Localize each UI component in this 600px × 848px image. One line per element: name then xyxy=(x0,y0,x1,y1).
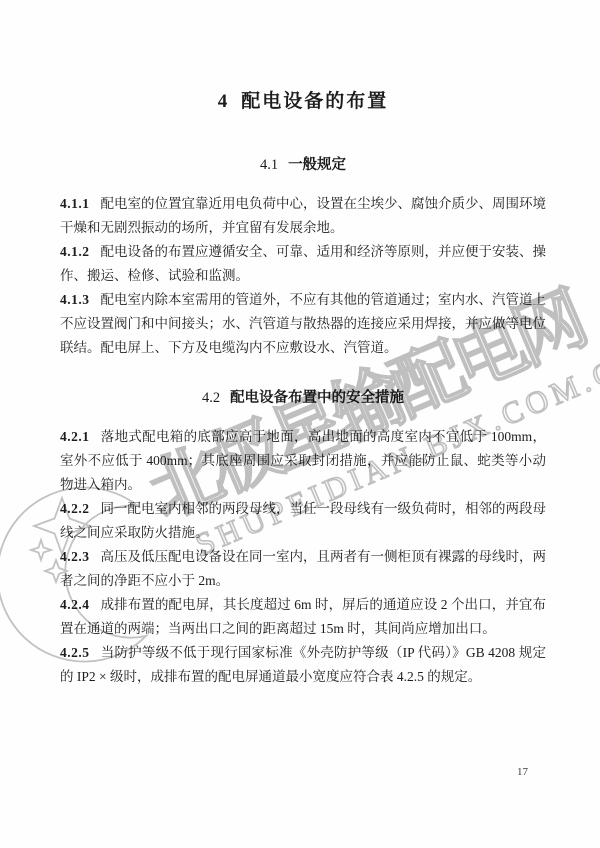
page-number: 17 xyxy=(517,766,528,778)
document-page: 北极星输配电网 SHUPEIDIAN.BJX.COM.CN 4配电设备的布置 4… xyxy=(0,0,600,848)
paragraph-number: 4.2.3 xyxy=(60,549,90,564)
paragraph-4.2.5: 4.2.5当防护等级不低于现行国家标准《外壳防护等级（IP 代码）》GB 420… xyxy=(60,641,546,689)
paragraph-text: 配电室的位置宜靠近用电负荷中心，设置在尘埃少、腐蚀介质少、周围环境干燥和无剧烈振… xyxy=(60,196,546,235)
section-4.2: 4.2配电设备布置中的安全措施4.2.1落地式配电箱的底部应高于地面，高出地面的… xyxy=(60,386,546,689)
paragraph-number: 4.2.1 xyxy=(60,429,90,444)
chapter-number: 4 xyxy=(218,91,228,112)
paragraph-4.2.2: 4.2.2同一配电室内相邻的两段母线，当任一段母线有一级负荷时，相邻的两段母线之… xyxy=(60,497,546,545)
section-heading-number: 4.2 xyxy=(202,390,220,406)
section-4.1: 4.1一般规定4.1.1配电室的位置宜靠近用电负荷中心，设置在尘埃少、腐蚀介质少… xyxy=(60,153,546,360)
section-heading: 4.2配电设备布置中的安全措施 xyxy=(60,386,546,407)
paragraph-text: 配电室内除本室需用的管道外，不应有其他的管道通过；室内水、汽管道上不应设置阀门和… xyxy=(60,292,546,355)
section-heading-number: 4.1 xyxy=(260,157,278,173)
paragraph-text: 落地式配电箱的底部应高于地面，高出地面的高度室内不宜低于 100mm，室外不应低… xyxy=(60,429,546,492)
paragraph-number: 4.2.5 xyxy=(60,645,90,660)
section-heading: 4.1一般规定 xyxy=(60,153,546,174)
section-heading-text: 一般规定 xyxy=(288,157,346,173)
paragraph-number: 4.2.2 xyxy=(60,501,90,516)
sections-container: 4.1一般规定4.1.1配电室的位置宜靠近用电负荷中心，设置在尘埃少、腐蚀介质少… xyxy=(60,153,546,689)
paragraph-text: 高压及低压配电设备设在同一室内，且两者有一侧柜顶有裸露的母线时，两者之间的净距不… xyxy=(60,549,546,588)
paragraph-4.1.1: 4.1.1配电室的位置宜靠近用电负荷中心，设置在尘埃少、腐蚀介质少、周围环境干燥… xyxy=(60,192,546,240)
paragraph-text: 成排布置的配电屏，其长度超过 6m 时，屏后的通道应设 2 个出口，并宜布置在通… xyxy=(60,597,546,636)
document-body: 4配电设备的布置 4.1一般规定4.1.1配电室的位置宜靠近用电负荷中心，设置在… xyxy=(60,86,546,689)
paragraph-number: 4.2.4 xyxy=(60,597,90,612)
paragraph-4.1.2: 4.1.2配电设备的布置应遵循安全、可靠、适用和经济等原则，并应便于安装、操作、… xyxy=(60,240,546,288)
paragraph-number: 4.1.2 xyxy=(60,244,90,259)
paragraph-4.2.3: 4.2.3高压及低压配电设备设在同一室内，且两者有一侧柜顶有裸露的母线时，两者之… xyxy=(60,545,546,593)
paragraph-4.2.1: 4.2.1落地式配电箱的底部应高于地面，高出地面的高度室内不宜低于 100mm，… xyxy=(60,425,546,497)
paragraph-text: 同一配电室内相邻的两段母线，当任一段母线有一级负荷时，相邻的两段母线之间应采取防… xyxy=(60,501,546,540)
chapter-title-text: 配电设备的布置 xyxy=(241,91,388,112)
paragraph-4.2.4: 4.2.4成排布置的配电屏，其长度超过 6m 时，屏后的通道应设 2 个出口，并… xyxy=(60,593,546,641)
chapter-title: 4配电设备的布置 xyxy=(60,86,546,113)
paragraph-text: 配电设备的布置应遵循安全、可靠、适用和经济等原则，并应便于安装、操作、搬运、检修… xyxy=(60,244,546,283)
paragraph-4.1.3: 4.1.3配电室内除本室需用的管道外，不应有其他的管道通过；室内水、汽管道上不应… xyxy=(60,288,546,360)
paragraph-number: 4.1.3 xyxy=(60,292,90,307)
section-heading-text: 配电设备布置中的安全措施 xyxy=(230,390,404,406)
paragraph-number: 4.1.1 xyxy=(60,196,90,211)
paragraph-text: 当防护等级不低于现行国家标准《外壳防护等级（IP 代码）》GB 4208 规定的… xyxy=(60,645,546,684)
